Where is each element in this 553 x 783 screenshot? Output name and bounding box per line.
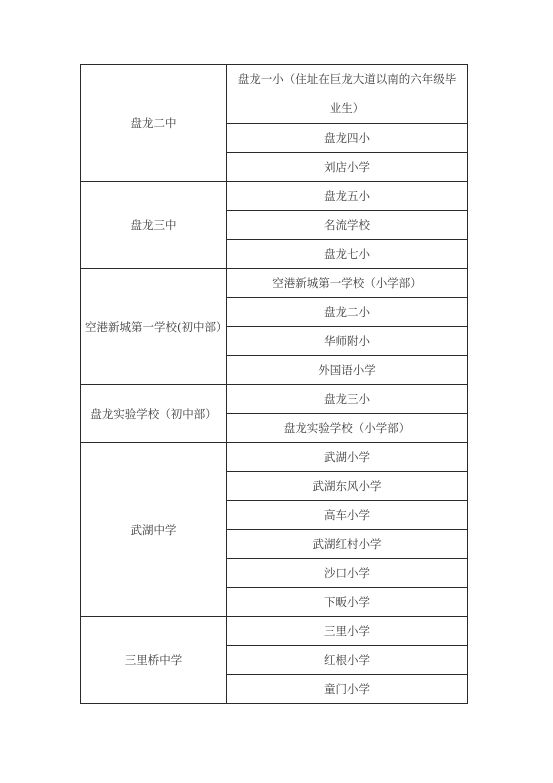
primary-school-cell: 武湖东风小学 [227, 472, 468, 501]
table-row: 盘龙三中 盘龙五小 [81, 182, 468, 211]
primary-school-cell: 盘龙二小 [227, 298, 468, 327]
primary-school-cell: 空港新城第一学校（小学部） [227, 269, 468, 298]
primary-school-cell: 盘龙三小 [227, 385, 468, 414]
table-row: 武湖中学 武湖小学 [81, 443, 468, 472]
primary-school-cell: 刘店小学 [227, 153, 468, 182]
primary-school-cell: 红根小学 [227, 646, 468, 675]
primary-school-cell: 名流学校 [227, 211, 468, 240]
middle-school-cell: 盘龙实验学校（初中部） [81, 385, 227, 443]
primary-school-cell: 盘龙一小（住址在巨龙大道以南的六年级毕业生） [227, 65, 468, 124]
school-mapping-table: 盘龙二中 盘龙一小（住址在巨龙大道以南的六年级毕业生） 盘龙四小 刘店小学 盘龙… [80, 64, 468, 704]
table-row: 空港新城第一学校(初中部） 空港新城第一学校（小学部） [81, 269, 468, 298]
table-row: 三里桥中学 三里小学 [81, 617, 468, 646]
primary-school-cell: 武湖红村小学 [227, 530, 468, 559]
primary-school-cell: 武湖小学 [227, 443, 468, 472]
primary-school-cell: 盘龙四小 [227, 124, 468, 153]
primary-school-cell: 盘龙实验学校（小学部） [227, 414, 468, 443]
primary-school-cell: 盘龙七小 [227, 240, 468, 269]
middle-school-cell: 空港新城第一学校(初中部） [81, 269, 227, 385]
middle-school-cell: 盘龙二中 [81, 65, 227, 182]
table-row: 盘龙二中 盘龙一小（住址在巨龙大道以南的六年级毕业生） [81, 65, 468, 124]
primary-school-cell: 华师附小 [227, 327, 468, 356]
middle-school-cell: 三里桥中学 [81, 617, 227, 704]
primary-school-cell: 沙口小学 [227, 559, 468, 588]
primary-school-cell: 三里小学 [227, 617, 468, 646]
table-row: 盘龙实验学校（初中部） 盘龙三小 [81, 385, 468, 414]
primary-school-cell: 童门小学 [227, 675, 468, 704]
middle-school-cell: 武湖中学 [81, 443, 227, 617]
middle-school-cell: 盘龙三中 [81, 182, 227, 269]
primary-school-cell: 高车小学 [227, 501, 468, 530]
primary-school-cell: 盘龙五小 [227, 182, 468, 211]
primary-school-cell: 外国语小学 [227, 356, 468, 385]
primary-school-cell: 下畈小学 [227, 588, 468, 617]
